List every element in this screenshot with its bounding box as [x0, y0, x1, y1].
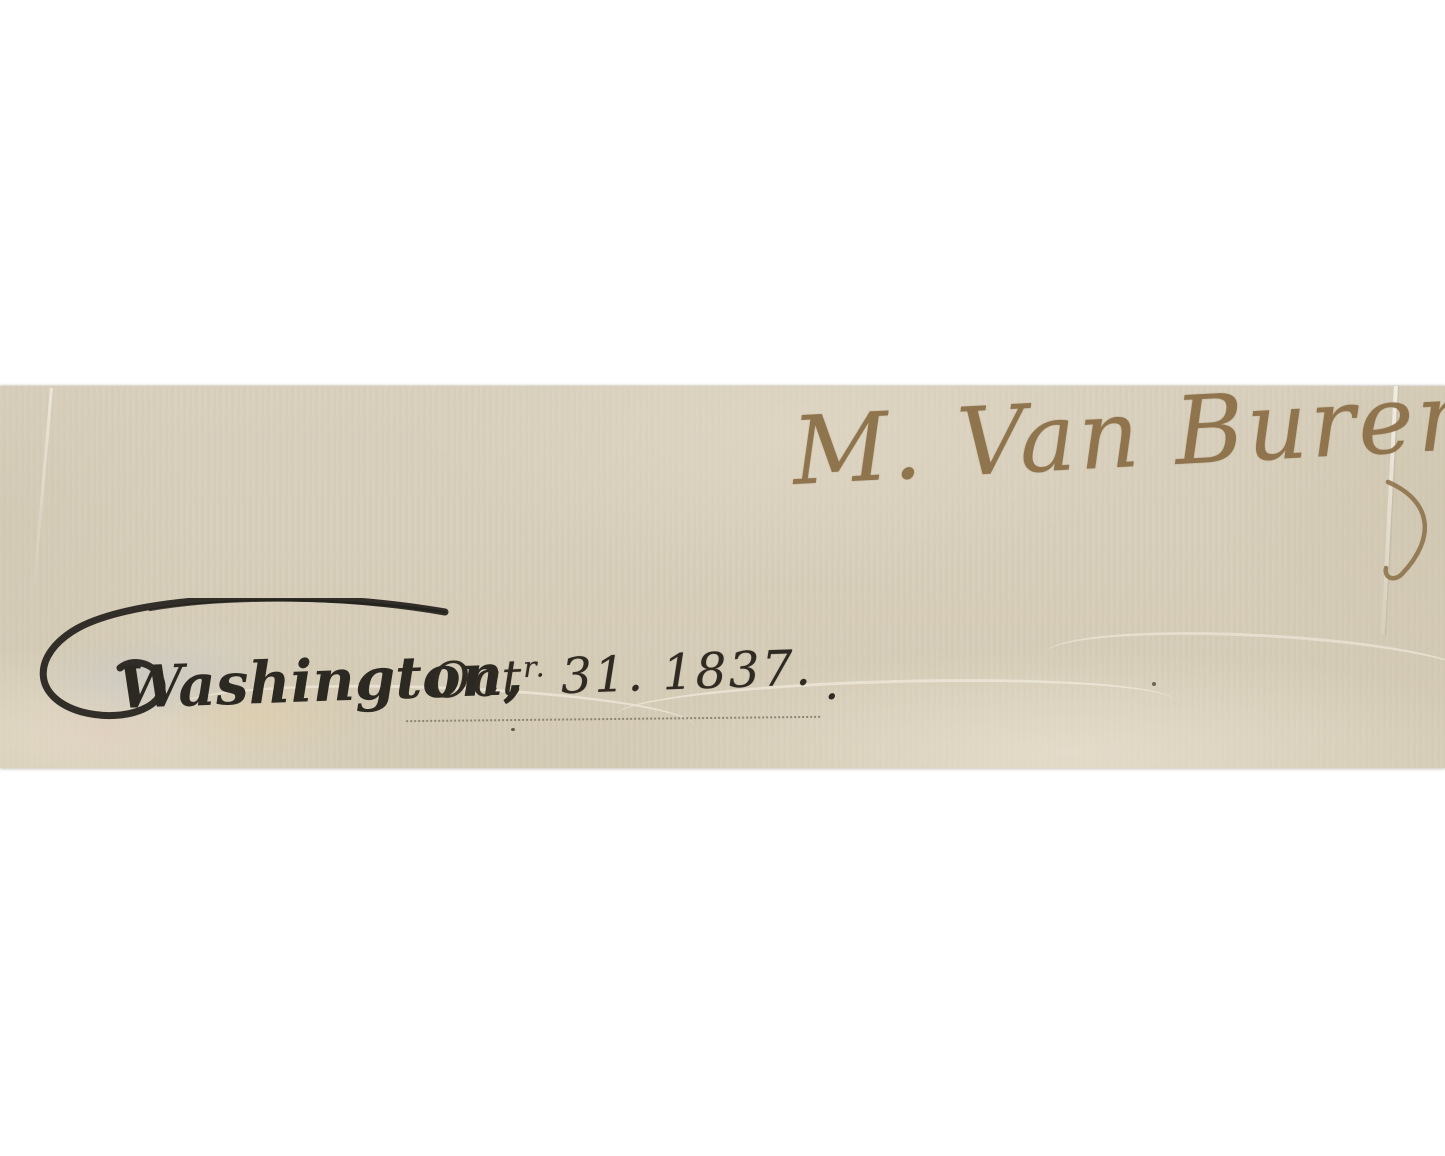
paper-crease-left-edge — [32, 388, 53, 597]
date-day-year: 31. 1837. — [560, 639, 814, 705]
ink-speck — [1152, 682, 1156, 686]
signature-paraph-flourish — [1378, 474, 1445, 584]
date-month: Oct — [429, 649, 524, 709]
autograph-clipping: M. Van Buren Washington, Octr.31. 1837. … — [0, 386, 1445, 768]
date-month-superscript: r. — [522, 650, 547, 684]
scan-background: M. Van Buren Washington, Octr.31. 1837. … — [0, 0, 1445, 1156]
ink-speck — [511, 728, 515, 731]
printed-line-end-period: . — [824, 654, 840, 711]
handwritten-date: Octr.31. 1837. — [429, 643, 813, 705]
signature-van-buren: M. Van Buren — [790, 370, 1445, 500]
